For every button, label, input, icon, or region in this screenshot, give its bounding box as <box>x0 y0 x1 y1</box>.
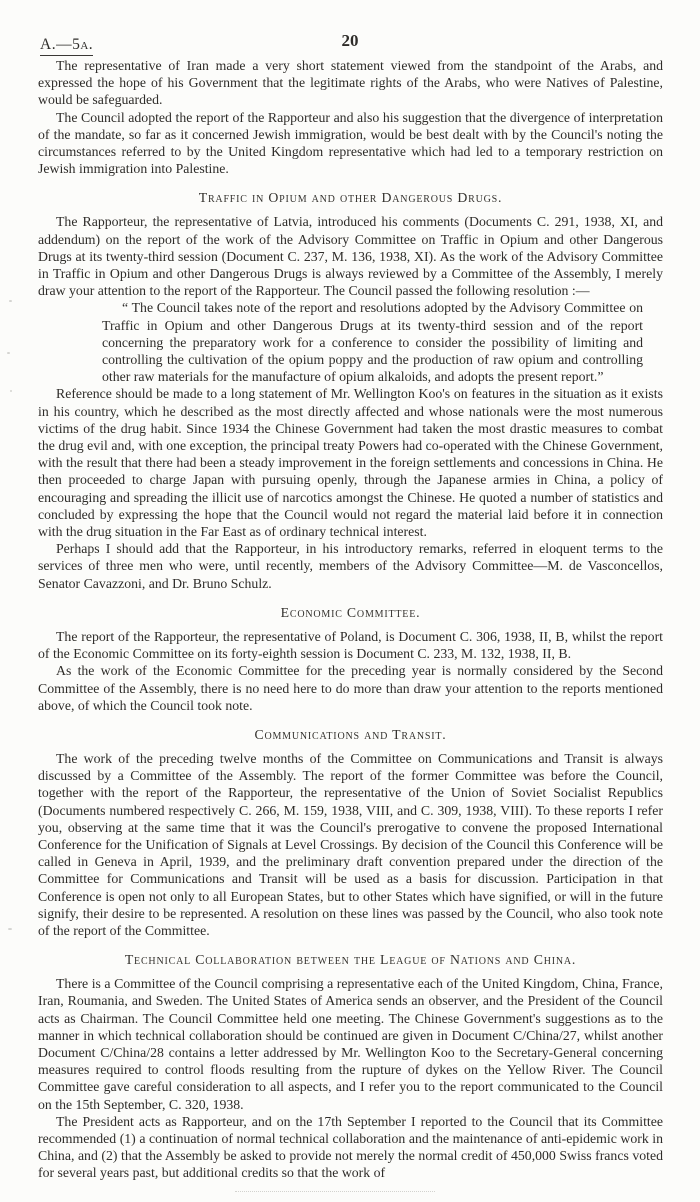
page-content: The representative of Iran made a very s… <box>38 57 663 1182</box>
document-page: A.—5a. 20 The representative of Iran mad… <box>0 0 700 1202</box>
scan-artifact <box>8 928 12 930</box>
paragraph-economic-note: As the work of the Economic Committee fo… <box>38 662 663 714</box>
section-heading-economic: Economic Committee. <box>38 605 663 621</box>
section-heading-china: Technical Collaboration between the Leag… <box>38 952 663 968</box>
resolution-blockquote: “ The Council takes note of the report a… <box>102 299 643 385</box>
paragraph-rapporteur-latvia: The Rapporteur, the representative of La… <box>38 213 663 299</box>
scan-artifact <box>235 1190 435 1192</box>
resolution-text: “ The Council takes note of the report a… <box>102 299 643 385</box>
scan-artifact <box>9 300 12 302</box>
page-number: 20 <box>0 31 700 51</box>
paragraph-transit: The work of the preceding twelve months … <box>38 750 663 939</box>
paragraph-council-mandate: The Council adopted the report of the Ra… <box>38 109 663 178</box>
scan-artifact <box>10 390 12 392</box>
section-heading-transit: Communications and Transit. <box>38 727 663 743</box>
paragraph-three-men: Perhaps I should add that the Rapporteur… <box>38 540 663 592</box>
paragraph-iran-statement: The representative of Iran made a very s… <box>38 57 663 109</box>
paragraph-china-committee: There is a Committee of the Council comp… <box>38 975 663 1113</box>
paragraph-poland-report: The report of the Rapporteur, the repres… <box>38 628 663 662</box>
section-heading-opium: Traffic in Opium and other Dangerous Dru… <box>38 190 663 206</box>
scan-artifact <box>7 352 10 354</box>
paragraph-wellington-koo: Reference should be made to a long state… <box>38 385 663 540</box>
paragraph-president-rapporteur: The President acts as Rapporteur, and on… <box>38 1113 663 1182</box>
